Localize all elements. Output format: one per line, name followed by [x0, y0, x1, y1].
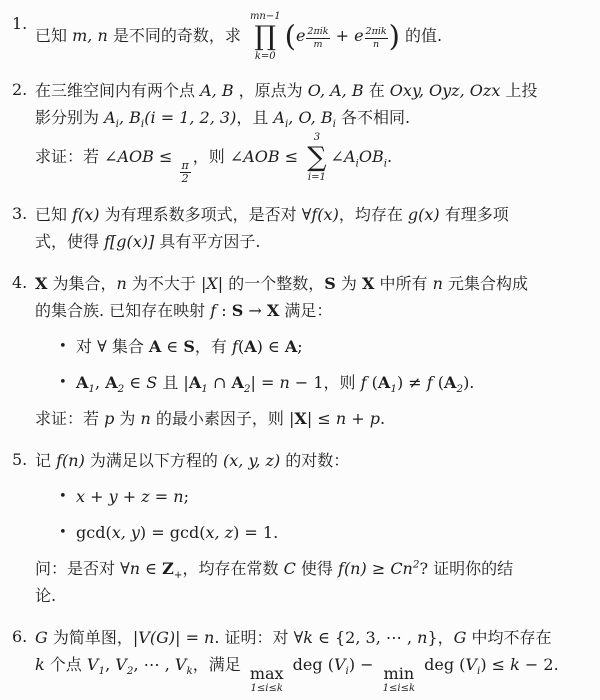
problem-paragraph: 已知 f(x) 为有理系数多项式，是否对 ∀f(x)，均存在 g(x) 有理多项… — [35, 201, 584, 255]
fraction-denominator: 2 — [180, 173, 191, 186]
text-run: 有理多项 — [440, 205, 509, 224]
math-run: A, B — [200, 81, 233, 100]
text-run: 式，使得 — [35, 232, 104, 251]
text-run: ，均存在常数 — [182, 559, 283, 578]
math-run: S — [146, 373, 157, 392]
problem-item: 4.X 为集合，n 为不大于 |X| 的一个整数，S 为 X 中所有 n 元集合… — [12, 269, 584, 433]
lower-limit: k=0 — [255, 51, 276, 63]
math-run: V — [115, 655, 127, 674]
bullet-text: x + y + z = n; — [76, 483, 584, 510]
math-run: k — [303, 628, 313, 647]
text-run: + — [85, 487, 109, 506]
text-run: gcd( — [76, 523, 112, 542]
bold-math-run: A — [244, 337, 256, 356]
bold-math-run: Z — [162, 559, 174, 578]
text-run: = — [150, 487, 174, 506]
bullet-text: A1, A2 ∈ S 且 |A1 ∩ A2| = n − 1，则 f (A1) … — [76, 369, 584, 396]
problem-content: 记 f(n) 为满足以下方程的 (x, y, z) 的对数：•x + y + z… — [35, 446, 584, 610]
text-run: 为有理系数多项式，是否对 ∀ — [100, 205, 312, 224]
math-run: V — [87, 655, 99, 674]
bold-math-run: A — [149, 337, 161, 356]
math-run: O, A, B — [308, 81, 364, 100]
problem-paragraph: 求证：若 p 为 n 的最小素因子，则 |X| ≤ n + p. — [35, 405, 584, 432]
operator-symbol: ∏ — [255, 23, 277, 51]
math-run: f[g(x)] — [104, 232, 154, 251]
math-run: f(x) — [72, 205, 99, 224]
text-run: → — [243, 301, 267, 320]
problem-paragraph: 记 f(n) 为满足以下方程的 (x, y, z) 的对数： — [35, 447, 584, 474]
text-run: , — [95, 373, 105, 392]
text-run: ) = 1. — [233, 523, 278, 542]
text-run: 的最小素因子，则 | — [151, 409, 295, 428]
text-run: ∩ — [208, 373, 232, 392]
fraction-numerator: π — [180, 160, 191, 174]
stretch-paren: ( — [285, 19, 296, 53]
math-run: f(x) — [311, 205, 338, 224]
text-run: deg ( — [288, 655, 334, 674]
math-run: n — [117, 274, 127, 293]
text-run: ). — [463, 373, 474, 392]
math-run: |V(G)| = n — [133, 628, 214, 647]
text-run: ) ≤ — [480, 655, 510, 674]
problem-item: 1.已知 m, n 是不同的奇数，求 mn−1∏k=0(e2πikm + e2π… — [12, 10, 584, 63]
math-run: , B — [119, 108, 141, 127]
subscript: 1 — [390, 383, 397, 395]
problem-content: 在三维空间内有两个点 A, B ，原点为 O, A, B 在 Oxy, Oyz,… — [35, 76, 584, 186]
bullet-text: 对 ∀ 集合 A ∈ S，有 f(A) ∈ A; — [76, 333, 584, 360]
operator-symbol: min — [384, 666, 415, 683]
math-run: AOB — [118, 148, 154, 167]
text-run: ，则 ∠ — [193, 148, 244, 167]
math-run: V — [465, 655, 477, 674]
text-run: ，满足 — [193, 655, 246, 674]
text-run: 是不同的奇数，求 — [108, 26, 246, 45]
inline-fraction: π2 — [180, 160, 191, 186]
bold-math-run: X — [35, 274, 47, 293]
text-run: 具有平方因子. — [154, 232, 260, 251]
math-run: C — [284, 559, 296, 578]
text-run: 个点 — [45, 655, 87, 674]
text-run: 已知 — [35, 205, 72, 224]
math-run: p — [104, 409, 114, 428]
math-run: A — [273, 108, 285, 127]
math-run: n — [173, 487, 183, 506]
problem-item: 2.在三维空间内有两个点 A, B ，原点为 O, A, B 在 Oxy, Oy… — [12, 76, 584, 186]
fraction-denominator: m — [312, 39, 323, 50]
bold-math-run: A — [76, 373, 88, 392]
problem-number: 5. — [12, 446, 35, 473]
math-run: k — [510, 655, 520, 674]
text-run: 为 — [114, 409, 140, 428]
math-run: n — [433, 274, 443, 293]
math-run: Oxy, Oyz, Ozx — [390, 81, 501, 100]
bullet-item: •A1, A2 ∈ S 且 |A1 ∩ A2| = n − 1，则 f (A1)… — [59, 369, 584, 396]
math-run: , O, B — [288, 108, 332, 127]
problem-item: 6.G 为简单图，|V(G)| = n. 证明：对 ∀k ∈ {2, 3, ⋯ … — [12, 623, 584, 695]
problem-item: 5.记 f(n) 为满足以下方程的 (x, y, z) 的对数：•x + y +… — [12, 446, 584, 610]
problem-paragraph: X 为集合，n 为不大于 |X| 的一个整数，S 为 X 中所有 n 元集合构成… — [35, 270, 584, 324]
math-run: x, y — [112, 523, 140, 542]
math-run: y — [109, 487, 118, 506]
math-run: AOB — [243, 148, 279, 167]
math-run: n — [130, 559, 140, 578]
text-run: 已知 — [35, 26, 72, 45]
text-run: ≤ — [280, 148, 304, 167]
text-run: + — [118, 487, 142, 506]
text-run: . — [380, 409, 385, 428]
math-run: x — [76, 487, 85, 506]
operator-symbol: ∑ — [307, 144, 326, 172]
text-run: 在三维空间内有两个点 — [35, 81, 200, 100]
bold-math-run: S — [183, 337, 195, 356]
problem-number: 2. — [12, 76, 35, 103]
text-run: ，均存在 — [339, 205, 408, 224]
math-run: n — [279, 373, 289, 392]
math-run: (i = 1, 2, 3) — [144, 108, 236, 127]
math-problem-sheet: 1.已知 m, n 是不同的奇数，求 mn−1∏k=0(e2πikm + e2π… — [0, 0, 600, 700]
text-run: ( — [367, 373, 378, 392]
text-run: − 2. — [520, 655, 559, 674]
text-run: 在 — [364, 81, 390, 100]
math-run: f(n) — [338, 559, 367, 578]
exponent-fraction: 2πikm — [306, 26, 329, 50]
math-run: |X| — [201, 274, 223, 293]
sum-operator: 3∑i=1 — [307, 132, 326, 183]
text-run: ( — [433, 373, 444, 392]
text-run: ) ≠ — [397, 373, 427, 392]
text-run: 为不大于 — [127, 274, 201, 293]
math-run: n — [417, 628, 427, 647]
fraction-denominator: n — [372, 39, 380, 50]
math-run: (x, y, z) — [223, 451, 280, 470]
math-run: k — [35, 655, 45, 674]
text-run: 各不相同. — [336, 108, 410, 127]
lower-limit: 1≤i≤k — [251, 683, 283, 695]
text-run: + — [346, 409, 370, 428]
text-run: ? 证明你的结 — [419, 559, 513, 578]
bullet-item: •对 ∀ 集合 A ∈ S，有 f(A) ∈ A; — [59, 333, 584, 360]
bold-math-run: A — [285, 337, 297, 356]
bold-math-run: A — [378, 373, 390, 392]
math-run: p — [370, 409, 380, 428]
bold-math-run: A — [231, 373, 243, 392]
text-run: 论. — [35, 586, 56, 605]
text-run: ) ∈ — [257, 337, 285, 356]
problem-number: 3. — [12, 200, 35, 227]
math-run: e — [354, 26, 363, 45]
text-run: 元集合构成 — [443, 274, 528, 293]
text-run: ∈ {2, 3, ⋯ , — [313, 628, 417, 647]
math-run: OB — [359, 148, 384, 167]
math-run: n — [141, 409, 151, 428]
bold-math-run: S — [232, 301, 244, 320]
math-run: G — [454, 628, 467, 647]
text-run: 为简单图， — [48, 628, 133, 647]
text-run: ∈ — [161, 337, 183, 356]
text-run: ; — [297, 337, 302, 356]
text-run: ∈ — [124, 373, 146, 392]
text-run: 为集合， — [47, 274, 116, 293]
fraction-numerator: 2πik — [306, 26, 329, 38]
problem-content: X 为集合，n 为不大于 |X| 的一个整数，S 为 X 中所有 n 元集合构成… — [35, 269, 584, 433]
text-run: 的集合族. 已知存在映射 — [35, 301, 210, 320]
text-run: }， — [427, 628, 453, 647]
math-run: Cn — [390, 559, 413, 578]
text-run: 的值. — [400, 26, 442, 45]
text-run: 为 — [336, 274, 362, 293]
math-run: A — [104, 108, 116, 127]
bold-math-run: S — [324, 274, 336, 293]
text-run: . — [387, 148, 392, 167]
fraction-numerator: 2πik — [365, 26, 388, 38]
text-run: 求证：若 ∠ — [35, 148, 118, 167]
min-operator: min1≤i≤k — [383, 666, 415, 694]
text-run: deg ( — [419, 655, 465, 674]
text-run: , ⋯ , — [133, 655, 174, 674]
bold-math-run: X — [362, 274, 374, 293]
bullet-item: •x + y + z = n; — [59, 483, 584, 510]
text-run: 使得 — [296, 559, 338, 578]
text-run: ∠ — [331, 148, 344, 167]
bold-math-run: A — [105, 373, 117, 392]
problem-content: 已知 f(x) 为有理系数多项式，是否对 ∀f(x)，均存在 g(x) 有理多项… — [35, 200, 584, 256]
text-run: ≥ — [367, 559, 391, 578]
math-run: x, z — [205, 523, 233, 542]
text-run: 对 ∀ 集合 — [76, 337, 149, 356]
bold-math-run: A — [444, 373, 456, 392]
math-run: n — [336, 409, 346, 428]
problem-paragraph: 求证：若 ∠AOB ≤ π2，则 ∠AOB ≤ 3∑i=1∠AiOBi. — [35, 132, 584, 185]
text-run: | ≤ — [307, 409, 336, 428]
text-run: 中均不存在 — [466, 628, 551, 647]
problem-paragraph: 问：是否对 ∀n ∈ Z+，均存在常数 C 使得 f(n) ≥ Cn2? 证明你… — [35, 555, 584, 609]
problem-content: 已知 m, n 是不同的奇数，求 mn−1∏k=0(e2πikm + e2πik… — [35, 10, 584, 63]
text-run: | = — [251, 373, 280, 392]
operator-symbol: max — [250, 666, 284, 683]
text-run: ) − — [349, 655, 379, 674]
math-run: e — [296, 26, 305, 45]
bold-math-run: X — [267, 301, 279, 320]
max-operator: max1≤i≤k — [250, 666, 284, 694]
text-run: 问：是否对 ∀ — [35, 559, 130, 578]
text-run: 上投 — [500, 81, 537, 100]
product-operator: mn−1∏k=0 — [250, 11, 281, 62]
text-run: ; — [184, 487, 189, 506]
problem-number: 4. — [12, 269, 35, 296]
bullet-icon: • — [59, 333, 76, 360]
bullet-text: gcd(x, y) = gcd(x, z) = 1. — [76, 519, 584, 546]
math-run: m, n — [72, 26, 108, 45]
problem-number: 1. — [12, 10, 35, 37]
bold-math-run: A — [189, 373, 201, 392]
problem-paragraph: 已知 m, n 是不同的奇数，求 mn−1∏k=0(e2πikm + e2πik… — [35, 11, 584, 62]
text-run: ，原点为 — [234, 81, 308, 100]
text-run: 满足： — [279, 301, 332, 320]
bullet-item: •gcd(x, y) = gcd(x, z) = 1. — [59, 519, 584, 546]
text-run: 的对数： — [280, 451, 349, 470]
subscript: 1 — [201, 383, 208, 395]
text-run: 的一个整数， — [223, 274, 324, 293]
text-run: ) = gcd( — [140, 523, 206, 542]
text-run: ，且 — [236, 108, 273, 127]
text-run: 影分别为 — [35, 108, 104, 127]
exponent-fraction: 2πikn — [365, 26, 388, 50]
math-run: z — [141, 487, 149, 506]
text-run: 求证：若 — [35, 409, 104, 428]
math-run: V — [175, 655, 187, 674]
text-run: . 证明：对 ∀ — [214, 628, 303, 647]
problem-paragraph: G 为简单图，|V(G)| = n. 证明：对 ∀k ∈ {2, 3, ⋯ , … — [35, 624, 584, 694]
text-run: 记 — [35, 451, 56, 470]
lower-limit: 1≤i≤k — [383, 683, 415, 695]
text-run: − 1，则 — [290, 373, 361, 392]
lower-limit: i=1 — [308, 172, 326, 184]
text-run: ≤ — [154, 148, 178, 167]
bullet-icon: • — [59, 519, 76, 546]
text-run: ∈ — [140, 559, 162, 578]
text-run: : — [216, 301, 232, 320]
text-run: + — [331, 26, 355, 45]
bold-math-run: X — [294, 409, 306, 428]
math-run: g(x) — [408, 205, 440, 224]
problem-paragraph: 在三维空间内有两个点 A, B ，原点为 O, A, B 在 Oxy, Oyz,… — [35, 77, 584, 131]
problem-content: G 为简单图，|V(G)| = n. 证明：对 ∀k ∈ {2, 3, ⋯ , … — [35, 623, 584, 695]
stretch-paren: ) — [389, 19, 400, 53]
problem-item: 3.已知 f(x) 为有理系数多项式，是否对 ∀f(x)，均存在 g(x) 有理… — [12, 200, 584, 256]
bullet-icon: • — [59, 483, 76, 510]
text-run: ，有 — [195, 337, 232, 356]
text-run: 中所有 — [374, 274, 432, 293]
math-run: f(n) — [56, 451, 85, 470]
text-run: 为满足以下方程的 — [85, 451, 223, 470]
subscript: 2 — [244, 383, 251, 395]
math-run: A — [344, 148, 356, 167]
problem-number: 6. — [12, 623, 35, 650]
text-run: 且 | — [157, 373, 189, 392]
text-run: , — [105, 655, 115, 674]
math-run: V — [334, 655, 346, 674]
bullet-icon: • — [59, 369, 76, 396]
math-run: G — [35, 628, 48, 647]
